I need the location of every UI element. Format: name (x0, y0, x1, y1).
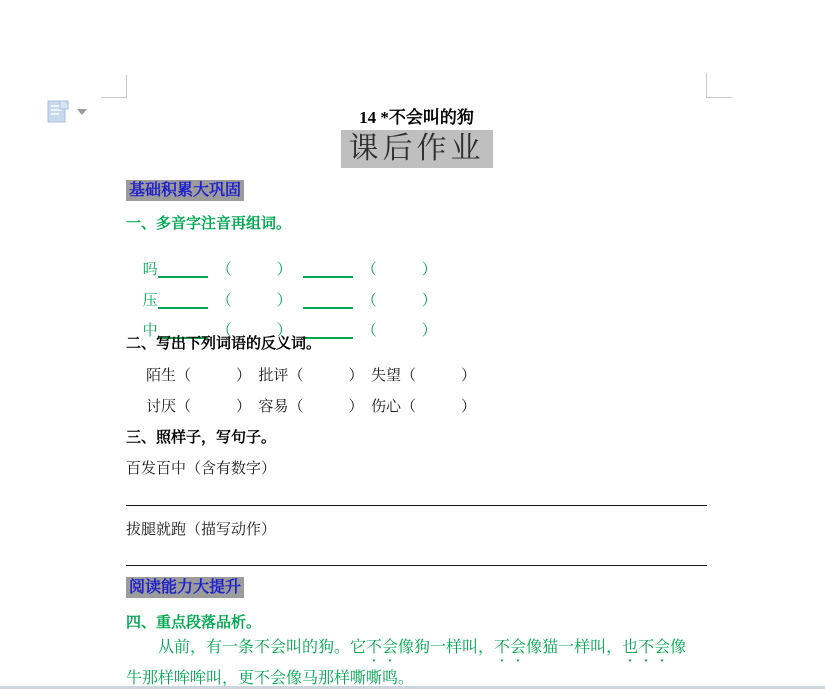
paragraph-text: 像狗一样叫， (398, 639, 494, 656)
crop-mark-top-right-vertical (706, 73, 707, 98)
document-options-button[interactable] (44, 97, 92, 127)
chevron-down-icon (77, 109, 87, 115)
paragraph-text: 从前，有一条不会叫的狗。它 (158, 639, 366, 656)
crop-mark-top-right-horizontal (706, 97, 732, 98)
paragraph-text: 牛那样哞哞叫，更 (126, 670, 254, 687)
document-icon (44, 97, 72, 125)
emphasized-text: 不会 (366, 639, 398, 656)
question2-heading: 二、写出下列词语的反义词。 (126, 332, 321, 353)
answer-rule-line (126, 505, 707, 506)
section-header-basics: 基础积累大巩固 (126, 180, 244, 201)
lesson-title: 14 *不会叫的狗 (126, 103, 707, 128)
paragraph-text: 像 (670, 639, 686, 656)
subtitle-row: 课后作业 (126, 130, 707, 168)
polyphonic-row-3: 中（ ）（ ） (126, 302, 437, 323)
antonym-row-1: 陌生（ ） 批评（ ） 失望（ ） (146, 364, 476, 385)
crop-mark-top-left-horizontal (101, 97, 127, 98)
sentence-prompt-1: 百发百中（含有数字） (126, 457, 276, 478)
polyphonic-row-1: 吗（ ）（ ） (126, 241, 437, 262)
paragraph-text: 像猫一样叫， (526, 639, 622, 656)
section-header-reading: 阅读能力大提升 (126, 577, 244, 598)
reading-paragraph: 从前，有一条不会叫的狗。它不会像狗一样叫，不会像猫一样叫，也不会像牛那样哞哞叫，… (126, 634, 707, 689)
emphasized-text: 不会 (254, 670, 286, 687)
polyphonic-row-2: 压（ ）（ ） (126, 272, 437, 293)
sentence-prompt-2: 拔腿就跑（描写动作） (126, 518, 276, 539)
answer-rule-line (126, 565, 707, 566)
question4-heading: 四、重点段落品析。 (126, 611, 261, 632)
antonym-row-2: 讨厌（ ） 容易（ ） 伤心（ ） (146, 395, 476, 416)
question3-heading: 三、照样子，写句子。 (126, 426, 276, 447)
emphasized-text: 不会 (494, 639, 526, 656)
answer-parentheses: （ ） (362, 322, 437, 339)
emphasized-text: 也不会 (622, 639, 670, 656)
homework-subtitle: 课后作业 (341, 130, 493, 168)
paragraph-text: 像马那样嘶嘶鸣。 (286, 670, 414, 687)
question1-heading: 一、多音字注音再组词。 (126, 212, 291, 233)
paragraph-line: 从前，有一条不会叫的狗。它不会像狗一样叫，不会像猫一样叫，也不会像 (126, 634, 707, 665)
crop-mark-top-left-vertical (126, 75, 127, 98)
